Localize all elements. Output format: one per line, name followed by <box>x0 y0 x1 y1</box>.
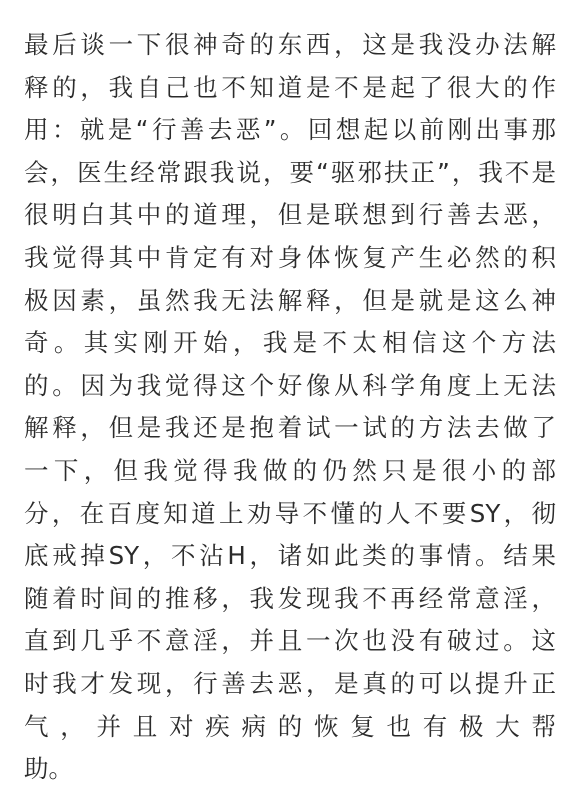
text-line: 的。因为我觉得这个好像从科学角度上无法 <box>24 365 556 408</box>
text-line: 很明白其中的道理，但是联想到行善去恶， <box>24 194 556 237</box>
text-line: 随着时间的推移，我发现我不再经常意淫， <box>24 578 556 621</box>
text-line: 我觉得其中肯定有对身体恢复产生必然的积 <box>24 237 556 280</box>
text-line: 最后谈一下很神奇的东西，这是我没办法解 <box>24 24 556 67</box>
text-line: 助。 <box>24 748 556 787</box>
text-line: 解释，但是我还是抱着试一试的方法去做了 <box>24 407 556 450</box>
text-line: 分，在百度知道上劝导不懂的人不要SY，彻 <box>24 493 556 536</box>
text-line: 奇。其实刚开始，我是不太相信这个方法 <box>24 322 556 365</box>
text-line: 底戒掉SY，不沾H，诸如此类的事情。结果 <box>24 535 556 578</box>
text-line: 极因素，虽然我无法解释，但是就是这么神 <box>24 280 556 323</box>
text-line: 气，并且对疾病的恢复也有极大帮 <box>24 706 556 749</box>
text-line: 一下，但我觉得我做的仍然只是很小的部 <box>24 450 556 493</box>
article-text: 最后谈一下很神奇的东西，这是我没办法解 释的，我自己也不知道是不是起了很大的作 … <box>24 24 556 787</box>
text-line: 直到几乎不意淫，并且一次也没有破过。这 <box>24 620 556 663</box>
text-line: 时我才发现，行善去恶，是真的可以提升正 <box>24 663 556 706</box>
text-line: 会，医生经常跟我说，要“驱邪扶正”，我不是 <box>24 152 556 195</box>
text-line: 用：就是“行善去恶”。回想起以前刚出事那 <box>24 109 556 152</box>
text-line: 释的，我自己也不知道是不是起了很大的作 <box>24 67 556 110</box>
